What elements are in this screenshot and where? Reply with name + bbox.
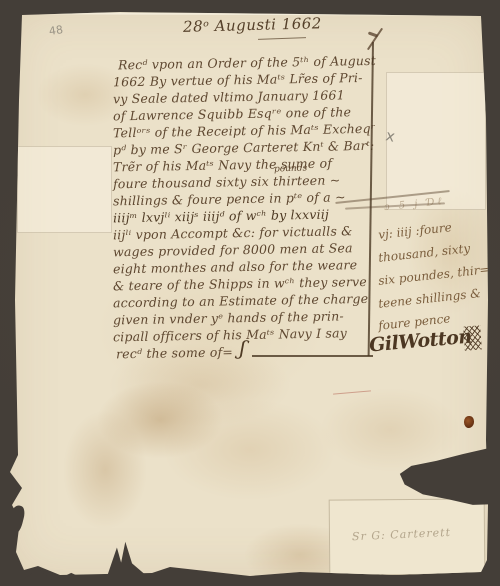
margin-note-line: teene shillings & bbox=[378, 285, 491, 311]
patch-inscription: Sr G: Carterett bbox=[352, 526, 452, 543]
wax-spot bbox=[464, 416, 474, 428]
folio-number: 48 bbox=[48, 23, 64, 38]
margin-note-line: thousand, sixty bbox=[378, 239, 491, 265]
ruled-line-horizontal bbox=[252, 355, 373, 357]
repair-patch-left bbox=[17, 146, 112, 233]
repair-patch-bottom-right: Sr G: Carterett bbox=[329, 498, 486, 575]
margin-note-line: vj: iiij :foure bbox=[378, 216, 491, 242]
photo-backdrop: Sr G: Carterett 48 x 28ᵒ Augusti 1662 Re… bbox=[0, 0, 500, 586]
red-scratch-mark bbox=[333, 390, 371, 394]
manuscript-paper: Sr G: Carterett 48 x 28ᵒ Augusti 1662 Re… bbox=[0, 0, 500, 586]
date-underline bbox=[258, 37, 306, 40]
signature-flourish bbox=[463, 325, 482, 350]
manuscript-line: recᵈ the some of= bbox=[116, 342, 388, 362]
date-heading: 28ᵒ Augusti 1662 bbox=[183, 14, 322, 36]
repair-patch-top-right bbox=[386, 72, 486, 210]
margin-note-line: six poundes, thir= bbox=[378, 262, 491, 288]
interline-insertion: pounds bbox=[274, 163, 307, 174]
